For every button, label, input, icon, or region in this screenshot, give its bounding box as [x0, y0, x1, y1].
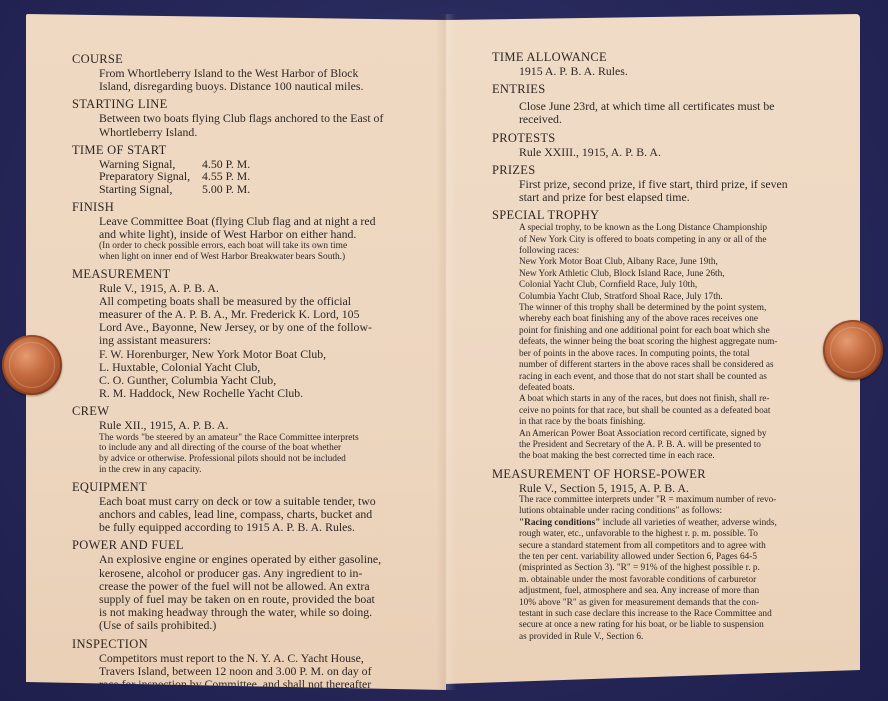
heading-course: COURSE: [72, 52, 412, 67]
heading-finish: FINISH: [72, 200, 412, 215]
text-line: defeats, the winner being the boat scori…: [519, 337, 837, 348]
section-protests: PROTESTS Rule XXIII., 1915, A. P. B. A.: [492, 131, 837, 159]
heading-time-allowance: TIME ALLOWANCE: [492, 50, 837, 65]
text-line: m. obtainable under the most favorable c…: [519, 575, 837, 586]
protests-text: Rule XXIII., 1915, A. P. B. A.: [492, 146, 837, 159]
heading-equipment: EQUIPMENT: [72, 480, 412, 495]
right-page-content: TIME ALLOWANCE 1915 A. P. B. A. Rules. E…: [492, 50, 837, 647]
text-line: Between two boats flying Club flags anch…: [99, 112, 412, 125]
text-line: The race committee interprets under "R =…: [519, 495, 837, 506]
signal-name: Starting Signal,: [99, 183, 202, 196]
section-entries: ENTRIES Close June 23rd, at which time a…: [492, 82, 837, 126]
heading-crew: CREW: [72, 404, 412, 419]
section-starting-line: STARTING LINE Between two boats flying C…: [72, 97, 412, 138]
rule-reference: Rule XII., 1915, A. P. B. A.: [99, 419, 412, 432]
time-allowance-text: 1915 A. P. B. A. Rules.: [492, 65, 837, 78]
measurer-item: R. M. Haddock, New Rochelle Yacht Club.: [99, 387, 412, 400]
crew-rule: Rule XII., 1915, A. P. B. A.: [72, 419, 412, 432]
heading-horse-power: MEASUREMENT OF HORSE-POWER: [492, 467, 837, 482]
section-power-and-fuel: POWER AND FUEL An explosive engine or en…: [72, 538, 412, 632]
finish-text: Leave Committee Boat (flying Club flag a…: [72, 215, 412, 241]
text-line: The words "be steered by an amateur" the…: [99, 433, 412, 444]
section-prizes: PRIZES First prize, second prize, if fiv…: [492, 163, 837, 204]
text-line: in the crew in any capacity.: [99, 465, 412, 476]
text-line: (Use of sails prohibited.): [99, 619, 412, 632]
starting-line-text: Between two boats flying Club flags anch…: [72, 112, 412, 138]
text-line: testant in such case declare this increa…: [519, 609, 837, 620]
section-inspection: INSPECTION Competitors must report to th…: [72, 637, 412, 701]
rule-reference: Rule V., Section 5, 1915, A. P. B. A.: [519, 482, 837, 495]
text-line: the President and Secretary of the A. P.…: [519, 440, 837, 451]
heading-entries: ENTRIES: [492, 82, 837, 97]
text-line: lutions obtainable under racing conditio…: [519, 506, 837, 517]
page-fold-gutter: [436, 14, 456, 690]
text-line: "Racing conditions" include all varietie…: [519, 518, 837, 529]
text-line: Leave Committee Boat (flying Club flag a…: [99, 215, 412, 228]
text-line: An American Power Boat Association recor…: [519, 429, 837, 440]
text-line: The winner of this trophy shall be deter…: [519, 303, 837, 314]
racing-conditions-term: "Racing conditions": [519, 518, 600, 528]
text-line: when light on inner end of West Harbor B…: [99, 252, 412, 263]
text-line: point for finishing and one additional p…: [519, 326, 837, 337]
text-line: kerosene, alcohol or producer gas. Any i…: [99, 567, 412, 580]
equipment-text: Each boat must carry on deck or tow a su…: [72, 495, 412, 535]
section-time-of-start: TIME OF START Warning Signal, 4.50 P. M.…: [72, 143, 412, 196]
text-line: Competitors must report to the N. Y. A. …: [99, 652, 412, 665]
text-line: following races:: [519, 246, 837, 257]
text-line: as provided in Rule V., Section 6.: [519, 632, 837, 643]
penny-coin-icon: [2, 335, 62, 395]
race-item: Columbia Yacht Club, Stratford Shoal Rac…: [519, 292, 837, 303]
signal-time: 5.00 P. M.: [202, 183, 250, 196]
text-line: 1915 A. P. B. A. Rules.: [519, 65, 837, 78]
booklet-spread: COURSE From Whortleberry Island to the W…: [26, 0, 860, 701]
finish-note: (In order to check possible errors, each…: [72, 241, 412, 263]
entries-text: Close June 23rd, at which time all certi…: [492, 100, 837, 126]
section-time-allowance: TIME ALLOWANCE 1915 A. P. B. A. Rules.: [492, 50, 837, 78]
crew-note: The words "be steered by an amateur" the…: [72, 433, 412, 476]
section-measurement: MEASUREMENT Rule V., 1915, A. P. B. A. A…: [72, 267, 412, 401]
race-item: New York Athletic Club, Block Island Rac…: [519, 269, 837, 280]
text-line: secure a standard statement from all com…: [519, 541, 837, 552]
text-line: ing assistant measurers:: [99, 334, 412, 347]
text-line: the ten per cent. variability allowed un…: [519, 552, 837, 563]
text-line: be fully equipped according to 1915 A. P…: [99, 521, 412, 534]
left-page: COURSE From Whortleberry Island to the W…: [26, 14, 446, 690]
text-line: whereby each boat finishing any of the a…: [519, 314, 837, 325]
course-text: From Whortleberry Island to the West Har…: [72, 67, 412, 93]
section-equipment: EQUIPMENT Each boat must carry on deck o…: [72, 480, 412, 535]
text-line: adjustment, fuel, atmosphere and sea. An…: [519, 586, 837, 597]
left-page-content: COURSE From Whortleberry Island to the W…: [72, 52, 412, 701]
special-trophy-text: A special trophy, to be known as the Lon…: [492, 223, 837, 463]
text-line: rough water, etc., unfavorable to the hi…: [519, 529, 837, 540]
text-line: ceive no points for that race, but shall…: [519, 406, 837, 417]
section-horse-power: MEASUREMENT OF HORSE-POWER Rule V., Sect…: [492, 467, 837, 643]
section-special-trophy: SPECIAL TROPHY A special trophy, to be k…: [492, 208, 837, 463]
text-line: (In order to check possible errors, each…: [99, 241, 412, 252]
text-line: make any changes in equipment, trim, fue…: [99, 691, 412, 701]
heading-time-of-start: TIME OF START: [72, 143, 412, 158]
heading-inspection: INSPECTION: [72, 637, 412, 652]
text-line: the boat making the best corrected time …: [519, 451, 837, 462]
race-item: Colonial Yacht Club, Cornfield Race, Jul…: [519, 280, 837, 291]
text-line: 10% above "R" as given for measurement d…: [519, 598, 837, 609]
text-line: defeated boats.: [519, 383, 837, 394]
section-crew: CREW Rule XII., 1915, A. P. B. A. The wo…: [72, 404, 412, 475]
text-line: Island, disregarding buoys. Distance 100…: [99, 80, 412, 93]
text-line: Close June 23rd, at which time all certi…: [519, 100, 837, 113]
race-item: New York Motor Boat Club, Albany Race, J…: [519, 257, 837, 268]
text-line: ber of points in the above races. In com…: [519, 349, 837, 360]
heading-special-trophy: SPECIAL TROPHY: [492, 208, 837, 223]
heading-protests: PROTESTS: [492, 131, 837, 146]
text-line: Whortleberry Island.: [99, 126, 412, 139]
text-line: Rule XXIII., 1915, A. P. B. A.: [519, 146, 837, 159]
text-line: racing in each event, and those that do …: [519, 372, 837, 383]
section-finish: FINISH Leave Committee Boat (flying Club…: [72, 200, 412, 263]
text-line: of New York City is offered to boats com…: [519, 235, 837, 246]
horse-power-text: The race committee interprets under "R =…: [492, 495, 837, 643]
text-line: (misprinted as Section 3). "R" = 91% of …: [519, 563, 837, 574]
prizes-text: First prize, second prize, if five start…: [492, 178, 837, 204]
text-line: A special trophy, to be known as the Lon…: [519, 223, 837, 234]
text-fragment: include all varieties of weather, advers…: [600, 518, 776, 528]
text-line: race for inspection by Committee, and sh…: [99, 678, 412, 691]
text-line: An explosive engine or engines operated …: [99, 553, 412, 566]
heading-prizes: PRIZES: [492, 163, 837, 178]
signal-schedule: Warning Signal, 4.50 P. M. Preparatory S…: [72, 158, 412, 196]
heading-power-and-fuel: POWER AND FUEL: [72, 538, 412, 553]
measurement-text: Rule V., 1915, A. P. B. A. All competing…: [72, 282, 412, 401]
text-line: start and prize for best elapsed time.: [519, 191, 837, 204]
penny-coin-icon: [823, 320, 883, 380]
text-line: by advice or otherwise. Professional pil…: [99, 454, 412, 465]
rule-reference: Rule V., 1915, A. P. B. A.: [99, 282, 412, 295]
heading-starting-line: STARTING LINE: [72, 97, 412, 112]
text-line: in that race by the boats finishing.: [519, 417, 837, 428]
text-line: to include any and all directing of the …: [99, 443, 412, 454]
heading-measurement: MEASUREMENT: [72, 267, 412, 282]
right-page: TIME ALLOWANCE 1915 A. P. B. A. Rules. E…: [445, 14, 860, 684]
text-line: received.: [519, 113, 837, 126]
section-course: COURSE From Whortleberry Island to the W…: [72, 52, 412, 93]
signal-row: Starting Signal, 5.00 P. M.: [99, 183, 412, 196]
horse-power-rule: Rule V., Section 5, 1915, A. P. B. A.: [492, 482, 837, 495]
text-line: number of different starters in the abov…: [519, 360, 837, 371]
measurer-item: F. W. Horenburger, New York Motor Boat C…: [99, 348, 412, 361]
text-line: A boat which starts in any of the races,…: [519, 394, 837, 405]
power-and-fuel-text: An explosive engine or engines operated …: [72, 553, 412, 632]
text-line: and white light), inside of West Harbor …: [99, 228, 412, 241]
text-line: secure at once a new rating for his boat…: [519, 620, 837, 631]
inspection-text: Competitors must report to the N. Y. A. …: [72, 652, 412, 701]
